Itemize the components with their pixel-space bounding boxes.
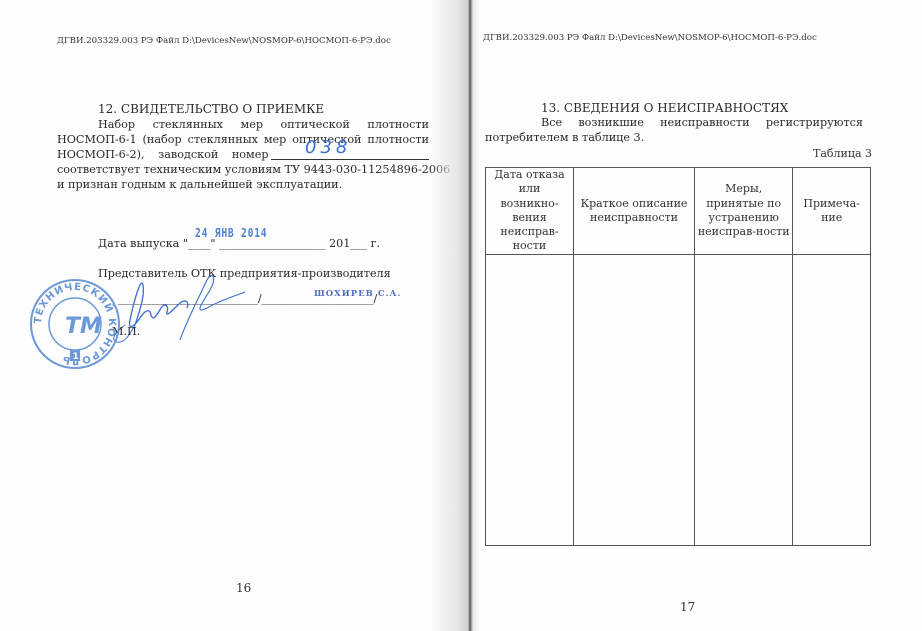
- right-page-header: ДГВИ.203329.003 РЭ Файл D:\DevicesNew\NO…: [483, 33, 817, 43]
- seal-number: 1: [73, 352, 79, 362]
- column-header-measures: Меры, принятые по устранению неисправ-но…: [695, 168, 793, 255]
- table-header-row: Дата отказа или возникно-вения неисправ-…: [486, 168, 871, 255]
- left-page: ДГВИ.203329.003 РЭ Файл D:\DevicesNew\NO…: [0, 0, 463, 631]
- table-cell-description[interactable]: [573, 254, 694, 545]
- column-header-notes: Примеча-ние: [793, 168, 871, 255]
- table-cell-notes[interactable]: [793, 254, 871, 545]
- release-date-stamp: 24 ЯНВ 2014: [195, 226, 267, 240]
- acceptance-paragraph: Набор стеклянных мер оптической плотност…: [57, 117, 429, 197]
- serial-number-handwritten: 038: [305, 140, 351, 155]
- seal-logo: TM: [65, 314, 102, 339]
- paragraph-line-3: НОСМОП-6-2), заводской номер: [57, 147, 269, 162]
- paragraph-line-4: соответствует техническим условиям ТУ 94…: [57, 162, 429, 177]
- section-title-acceptance: 12. СВИДЕТЕЛЬСТВО О ПРИЕМКЕ: [98, 102, 324, 116]
- paragraph-line-5: и признан годным к дальнейшей эксплуатац…: [57, 177, 342, 192]
- table-cell-date[interactable]: [486, 254, 574, 545]
- serial-number-field: [271, 159, 429, 160]
- paragraph-line-2: НОСМОП-6-1 (набор стеклянных мер оптичес…: [57, 132, 429, 147]
- left-page-header: ДГВИ.203329.003 РЭ Файл D:\DevicesNew\NO…: [57, 36, 391, 46]
- column-header-date: Дата отказа или возникно-вения неисправ-…: [486, 168, 574, 255]
- table-cell-measures[interactable]: [695, 254, 793, 545]
- otk-seal-icon: ТЕХНИЧЕСКИЙ КОНТРОЛЬ TM 1: [28, 277, 122, 371]
- faults-paragraph-line-1: Все возникшие неисправности регистрируют…: [541, 115, 863, 130]
- page-number-right: 17: [680, 600, 695, 614]
- faults-table: Дата отказа или возникно-вения неисправ-…: [485, 167, 871, 546]
- book-spine: [430, 0, 480, 631]
- signer-name-stamp: ШОХИРЕВ С.А.: [314, 289, 401, 299]
- table-row: [486, 254, 871, 545]
- right-page: ДГВИ.203329.003 РЭ Файл D:\DevicesNew\NO…: [463, 0, 922, 631]
- page-number-left: 16: [236, 581, 251, 595]
- section-title-faults: 13. СВЕДЕНИЯ О НЕИСПРАВНОСТЯХ: [541, 101, 788, 115]
- faults-paragraph-line-2: потребителем в таблице 3.: [485, 130, 644, 145]
- paragraph-line-1: Набор стеклянных мер оптической плотност…: [98, 117, 429, 132]
- table-caption: Таблица 3: [813, 147, 872, 160]
- column-header-description: Краткое описание неисправности: [573, 168, 694, 255]
